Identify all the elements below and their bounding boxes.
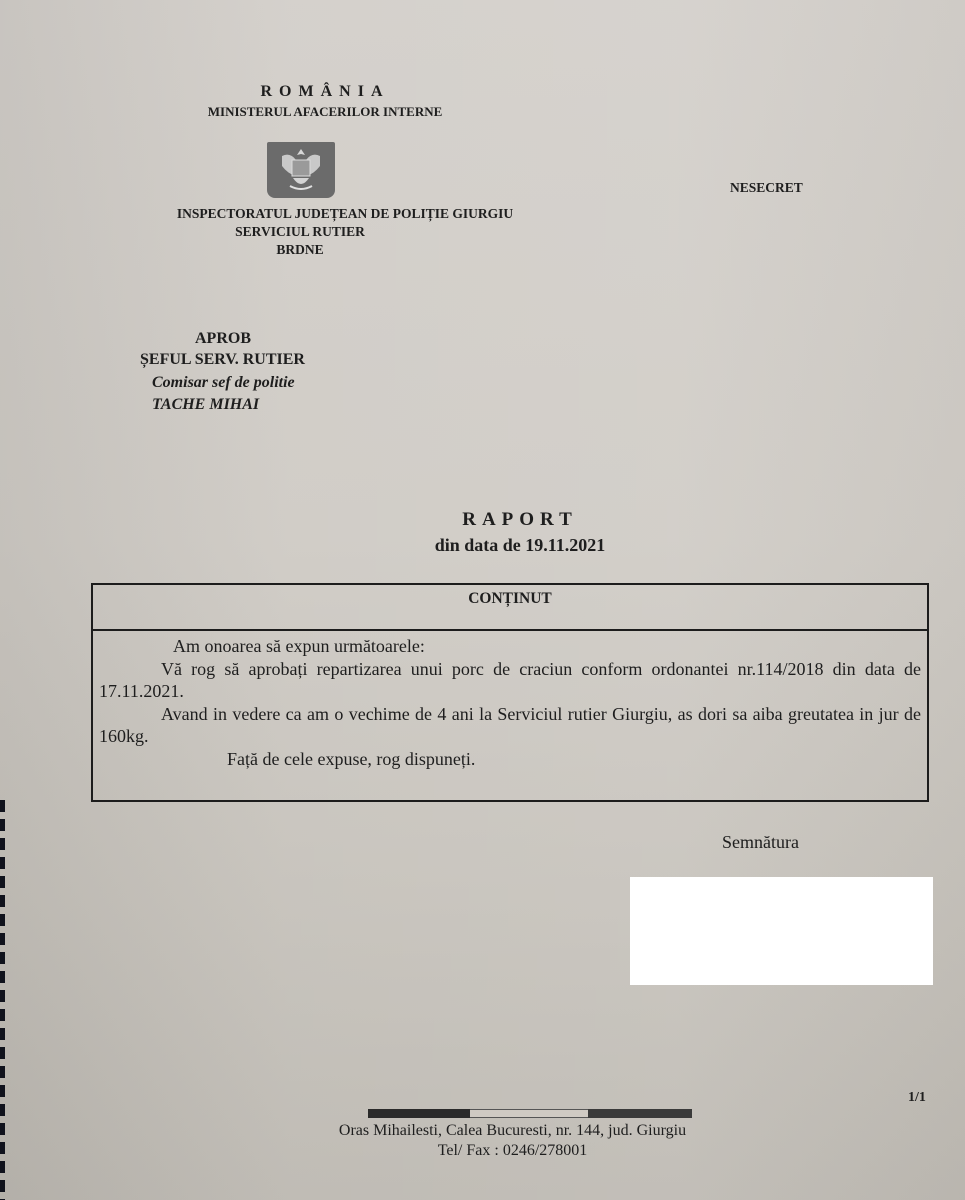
footer-phone: Tel/ Fax : 0246/278001 (340, 1142, 685, 1160)
approval-name: TACHE MIHAI (152, 396, 259, 414)
content-paragraph: Față de cele expuse, rog dispuneți. (99, 748, 921, 771)
content-paragraph: Vă rog să aprobați repartizarea unui por… (99, 658, 921, 703)
footer-color-bar (368, 1109, 692, 1118)
report-title: RAPORT (400, 509, 640, 531)
ministry-heading: MINISTERUL AFACERILOR INTERNE (160, 104, 490, 120)
footer-bar-segment (470, 1109, 588, 1118)
redacted-signature (630, 877, 933, 985)
binder-edge (0, 800, 5, 1200)
content-body: Am onoarea să expun următoarele: Vă rog … (93, 631, 927, 770)
inspectorate-heading: INSPECTORATUL JUDEȚEAN DE POLIȚIE GIURGI… (130, 206, 560, 222)
classification-label: NESECRET (730, 180, 803, 196)
page-number: 1/1 (908, 1090, 926, 1106)
report-date: din data de 19.11.2021 (370, 535, 670, 556)
approval-position: ȘEFUL SERV. RUTIER (140, 351, 305, 369)
signature-label: Semnătura (722, 832, 799, 853)
content-paragraph: Am onoarea să expun următoarele: (99, 635, 921, 658)
approval-rank: Comisar sef de politie (152, 374, 295, 392)
country-heading: ROMÂNIA (180, 83, 470, 101)
service-heading: SERVICIUL RUTIER (200, 224, 400, 240)
footer-address: Oras Mihailesti, Calea Bucuresti, nr. 14… (240, 1122, 785, 1140)
footer-bar-segment (588, 1109, 692, 1118)
content-box: CONȚINUT Am onoarea să expun următoarele… (91, 583, 929, 802)
content-heading: CONȚINUT (93, 585, 927, 631)
department-heading: BRDNE (200, 242, 400, 258)
content-paragraph: Avand in vedere ca am o vechime de 4 ani… (99, 703, 921, 748)
approval-label: APROB (195, 330, 251, 348)
footer-bar-segment (368, 1109, 470, 1118)
romania-coat-of-arms-icon (267, 142, 335, 198)
